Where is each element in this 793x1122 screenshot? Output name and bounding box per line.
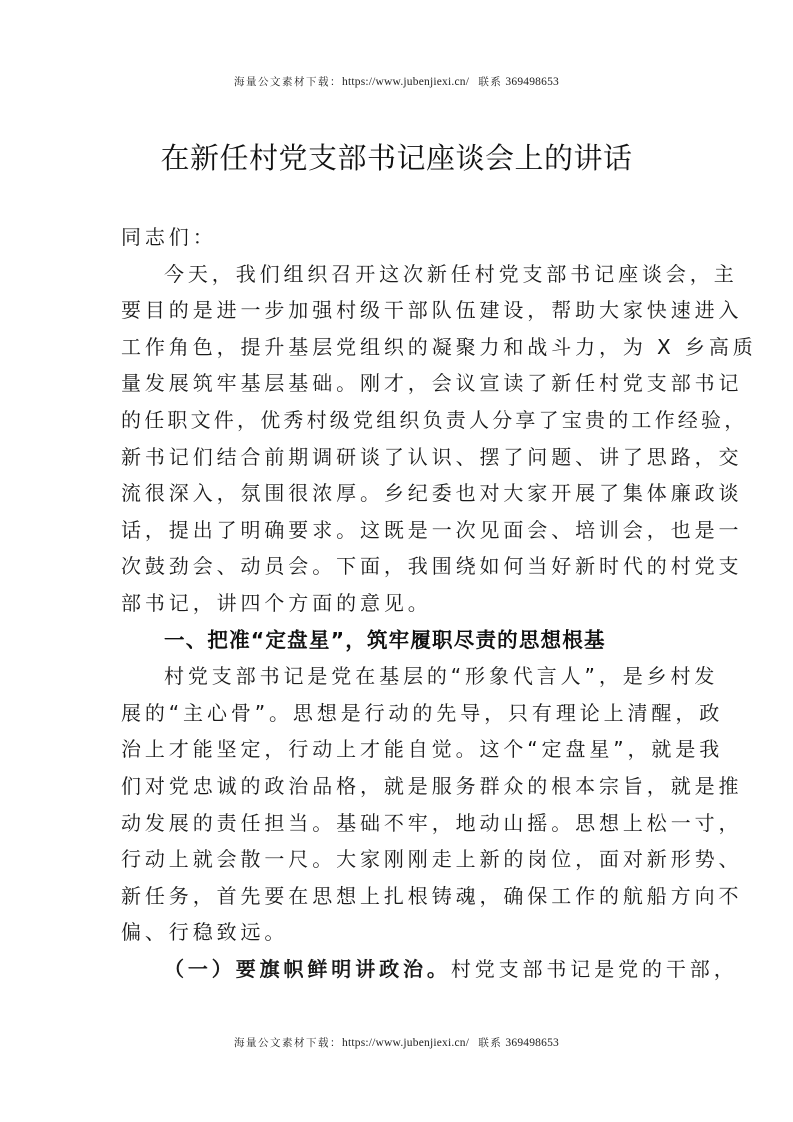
paragraph-line: 今天，我们组织召开这次新任村党支部书记座谈会，主 [121, 256, 674, 293]
header-url: https://www.jubenjiexi.cn/ [342, 76, 469, 88]
paragraph-line: 行动上就会散一尺。大家刚刚走上新的岗位，面对新形势、 [121, 841, 674, 878]
subsection-1: （一）要旗帜鲜明讲政治。村党支部书记是党的干部， [121, 951, 674, 988]
paragraph-line: 村党支部书记是党在基层的“形象代言人”，是乡村发 [121, 658, 674, 695]
subsection-1-text: 村党支部书记是党的干部， [451, 957, 738, 981]
section-heading-1: 一、把准“定盘星”，筑牢履职尽责的思想根基 [121, 622, 674, 659]
salutation: 同志们： [121, 219, 674, 256]
paragraph-line: 工作角色，提升基层党组织的凝聚力和战斗力，为 X 乡高质 [121, 329, 674, 366]
paragraph-line: 次鼓劲会、动员会。下面，我围绕如何当好新时代的村党支 [121, 548, 674, 585]
paragraph-line: 新任务，首先要在思想上扎根铸魂，确保工作的航船方向不 [121, 878, 674, 915]
footer-contact-label: 联系 [478, 1037, 502, 1049]
document-body: 同志们： 今天，我们组织召开这次新任村党支部书记座谈会，主 要目的是进一步加强村… [121, 219, 674, 987]
header-contact-label: 联系 [478, 76, 502, 88]
footer-prefix: 海量公文素材下载： [234, 1037, 342, 1049]
paragraph-line: 量发展筑牢基层基础。刚才，会议宣读了新任村党支部书记 [121, 365, 674, 402]
footer-url: https://www.jubenjiexi.cn/ [342, 1037, 469, 1049]
paragraph-line: 展的“主心骨”。思想是行动的先导，只有理论上清醒，政 [121, 695, 674, 732]
page-header-watermark: 海量公文素材下载：https://www.jubenjiexi.cn/ 联系 3… [0, 74, 793, 89]
document-title: 在新任村党支部书记座谈会上的讲话 [0, 136, 793, 177]
footer-contact-number: 369498653 [505, 1037, 559, 1049]
paragraph-line: 要目的是进一步加强村级干部队伍建设，帮助大家快速进入 [121, 292, 674, 329]
header-contact-number: 369498653 [505, 76, 559, 88]
paragraph-section1: 村党支部书记是党在基层的“形象代言人”，是乡村发 展的“主心骨”。思想是行动的先… [121, 658, 674, 951]
paragraph-line: 新书记们结合前期调研谈了认识、摆了问题、讲了思路，交 [121, 439, 674, 476]
page-footer-watermark: 海量公文素材下载：https://www.jubenjiexi.cn/ 联系 3… [0, 1035, 793, 1050]
paragraph-line: 部书记，讲四个方面的意见。 [121, 585, 674, 622]
subsection-1-lead: （一）要旗帜鲜明讲政治。 [164, 957, 451, 981]
paragraph-line: 话，提出了明确要求。这既是一次见面会、培训会，也是一 [121, 512, 674, 549]
paragraph-line: 动发展的责任担当。基础不牢，地动山摇。思想上松一寸， [121, 805, 674, 842]
paragraph-line: 们对党忠诚的政治品格，就是服务群众的根本宗旨，就是推 [121, 768, 674, 805]
paragraph-line: 偏、行稳致远。 [121, 914, 674, 951]
paragraph-line: 的任职文件，优秀村级党组织负责人分享了宝贵的工作经验， [121, 402, 674, 439]
paragraph-intro: 今天，我们组织召开这次新任村党支部书记座谈会，主 要目的是进一步加强村级干部队伍… [121, 256, 674, 622]
paragraph-line: 治上才能坚定，行动上才能自觉。这个“定盘星”，就是我 [121, 731, 674, 768]
paragraph-line: 流很深入，氛围很浓厚。乡纪委也对大家开展了集体廉政谈 [121, 475, 674, 512]
header-prefix: 海量公文素材下载： [234, 76, 342, 88]
